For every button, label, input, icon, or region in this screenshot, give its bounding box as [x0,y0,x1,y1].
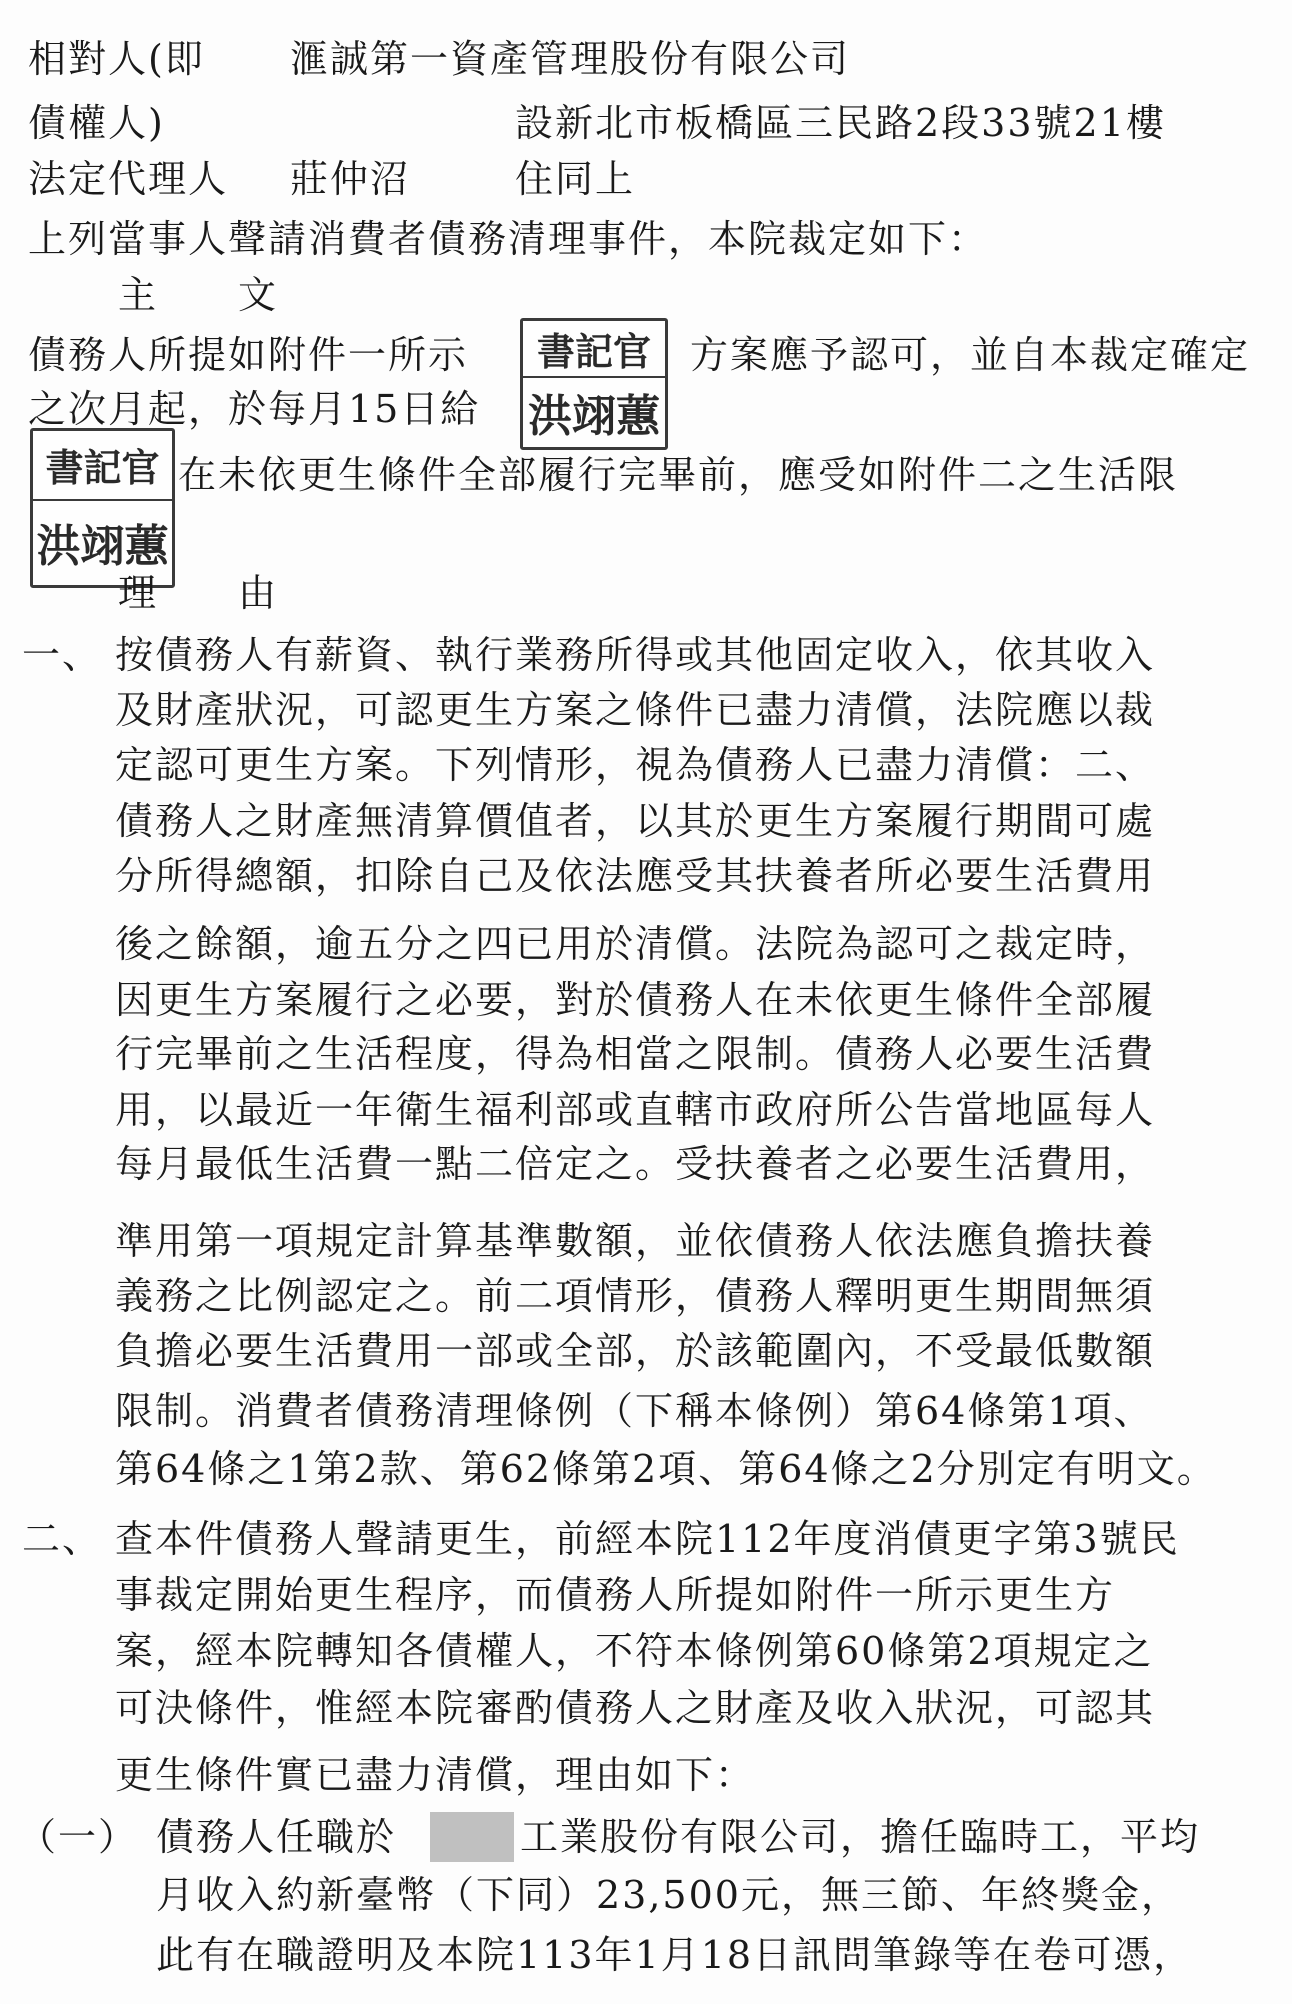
respondent-label-line1: 相對人(即 [28,36,205,82]
section1-line: 行完畢前之生活程度，得為相當之限制。債務人必要生活費 [115,1031,1275,1077]
legal-rep-name: 莊仲沼 [290,156,410,202]
stamp-title: 書記官 [523,321,665,378]
section-marker-2: 二、 [22,1516,102,1562]
clerk-seal-stamp: 書記官 洪翊蕙 [520,318,668,450]
section2-line: 可決條件，惟經本院審酌債務人之財產及收入狀況，可認其 [115,1685,1155,1731]
subsection1-line-b: 工業股份有限公司，擔任臨時工，平均 [520,1814,1200,1860]
section1-line: 每月最低生活費一點二倍定之。受扶養者之必要生活費用， [115,1141,1275,1187]
main-text-line2: 之次月起，於每月15日給 [28,386,480,432]
clerk-seal-stamp: 書記官 洪翊蕙 [30,428,175,588]
stamp-name: 洪翊蕙 [523,376,665,447]
section2-line: 案，經本院轉知各債權人，不符本條例第60條第2項規定之 [115,1628,1154,1674]
section1-line: 因更生方案履行之必要，對於債務人在未依更生條件全部履 [115,977,1275,1023]
section1-line: 按債務人有薪資、執行業務所得或其他固定收入，依其收入 [115,632,1275,678]
respondent-name: 滙誠第一資產管理股份有限公司 [290,36,850,82]
section1-line: 負擔必要生活費用一部或全部，於該範圍內，不受最低數額 [115,1328,1275,1374]
section1-line: 後之餘額，逾五分之四已用於清償。法院為認可之裁定時， [115,921,1275,967]
stamp-title: 書記官 [33,431,172,501]
main-text-line1-a: 債務人所提如附件一所示 [28,332,468,378]
main-heading: 主 文 [118,272,278,318]
section1-line: 義務之比例認定之。前二項情形，債務人釋明更生期間無須 [115,1273,1275,1319]
respondent-label-line2: 債權人) [28,100,165,146]
section1-line: 定認可更生方案。下列情形，視為債務人已盡力清償：二、 [115,742,1275,788]
subsection1-line: 此有在職證明及本院113年1月18日訊問筆錄等在卷可憑， [156,1932,1193,1978]
subsection-marker-1: （一） [18,1814,138,1860]
subsection1-line-a: 債務人任職於 [156,1814,396,1860]
legal-rep-address: 住同上 [515,156,635,202]
legal-rep-label: 法定代理人 [28,156,228,202]
section-marker-1: 一、 [22,632,102,678]
subsection1-line: 月收入約新臺幣（下同）23,500元，無三節、年終獎金， [156,1872,1181,1918]
section1-line: 準用第一項規定計算基準數額，並依債務人依法應負擔扶養 [115,1218,1275,1264]
respondent-address: 設新北市板橋區三民路2段33號21樓 [515,100,1166,146]
section1-line: 用，以最近一年衛生福利部或直轄市政府所公告當地區每人 [115,1087,1275,1133]
section2-line: 查本件債務人聲請更生，前經本院112年度消債更字第3號民 [115,1516,1180,1562]
section2-line: 更生條件實已盡力清償，理由如下： [115,1752,755,1798]
redacted-company-name [430,1812,514,1862]
section1-line: 債務人之財產無清算價值者，以其於更生方案履行期間可處 [115,798,1275,844]
section1-line: 及財產狀況，可認更生方案之條件已盡力清償，法院應以裁 [115,687,1275,733]
section1-line: 分所得總額，扣除自己及依法應受其扶養者所必要生活費用 [115,853,1275,899]
section1-line: 限制。消費者債務清理條例（下稱本條例）第64條第1項、 [115,1388,1275,1434]
intro-sentence: 上列當事人聲請消費者債務清理事件，本院裁定如下： [28,216,988,262]
reason-heading: 理 由 [118,570,278,616]
court-ruling-page: 相對人(即 滙誠第一資產管理股份有限公司 債權人) 設新北市板橋區三民路2段33… [0,0,1292,2004]
main-text-line1-b: 方案應予認可，並自本裁定確定 [690,332,1250,378]
main-text-line3: 在未依更生條件全部履行完畢前，應受如附件二之生活限 [178,452,1178,498]
section1-line: 第64條之1第2款、第62條第2項、第64條之2分別定有明文。 [115,1446,1275,1492]
section2-line: 事裁定開始更生程序，而債務人所提如附件一所示更生方 [115,1572,1115,1618]
